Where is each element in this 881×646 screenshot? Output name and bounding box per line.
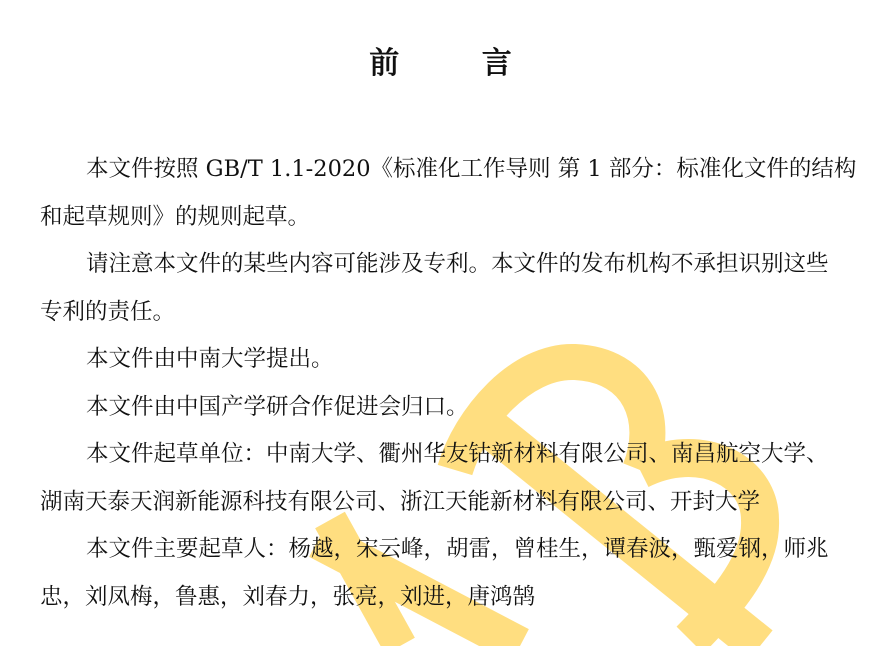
paragraph-line: 湖南天泰天润新能源科技有限公司、浙江天能新材料有限公司、开封大学 xyxy=(40,479,870,527)
paragraph-line: 本文件由中南大学提出。 xyxy=(40,336,870,384)
paragraph-line: 本文件起草单位：中南大学、衢州华友钴新材料有限公司、南昌航空大学、 xyxy=(40,431,870,479)
paragraph-proposer: 本文件由中南大学提出。 xyxy=(40,336,870,384)
document-page: 前 言 本文件按照 GB/T 1.1-2020《标准化工作导则 第 1 部分：标… xyxy=(0,0,881,646)
paragraph-line: 忠，刘凤梅，鲁惠，刘春力，张亮，刘进，唐鸿鹄 xyxy=(40,574,870,622)
paragraph-line: 和起草规则》的规则起草。 xyxy=(40,194,870,242)
paragraph-drafting-rules: 本文件按照 GB/T 1.1-2020《标准化工作导则 第 1 部分：标准化文件… xyxy=(40,146,870,241)
paragraph-main-drafters: 本文件主要起草人：杨越，宋云峰，胡雷，曾桂生，谭春波，甄爱钢，师兆 忠，刘凤梅，… xyxy=(40,526,870,621)
foreword-body: 本文件按照 GB/T 1.1-2020《标准化工作导则 第 1 部分：标准化文件… xyxy=(40,146,870,621)
page-title: 前 言 xyxy=(0,44,881,84)
paragraph-patent-notice: 请注意本文件的某些内容可能涉及专利。本文件的发布机构不承担识别这些 专利的责任。 xyxy=(40,241,870,336)
paragraph-line: 本文件按照 GB/T 1.1-2020《标准化工作导则 第 1 部分：标准化文件… xyxy=(40,146,870,194)
paragraph-administrator: 本文件由中国产学研合作促进会归口。 xyxy=(40,384,870,432)
paragraph-drafting-units: 本文件起草单位：中南大学、衢州华友钴新材料有限公司、南昌航空大学、 湖南天泰天润… xyxy=(40,431,870,526)
paragraph-line: 请注意本文件的某些内容可能涉及专利。本文件的发布机构不承担识别这些 xyxy=(40,241,870,289)
paragraph-line: 专利的责任。 xyxy=(40,289,870,337)
paragraph-line: 本文件由中国产学研合作促进会归口。 xyxy=(40,384,870,432)
paragraph-line: 本文件主要起草人：杨越，宋云峰，胡雷，曾桂生，谭春波，甄爱钢，师兆 xyxy=(40,526,870,574)
